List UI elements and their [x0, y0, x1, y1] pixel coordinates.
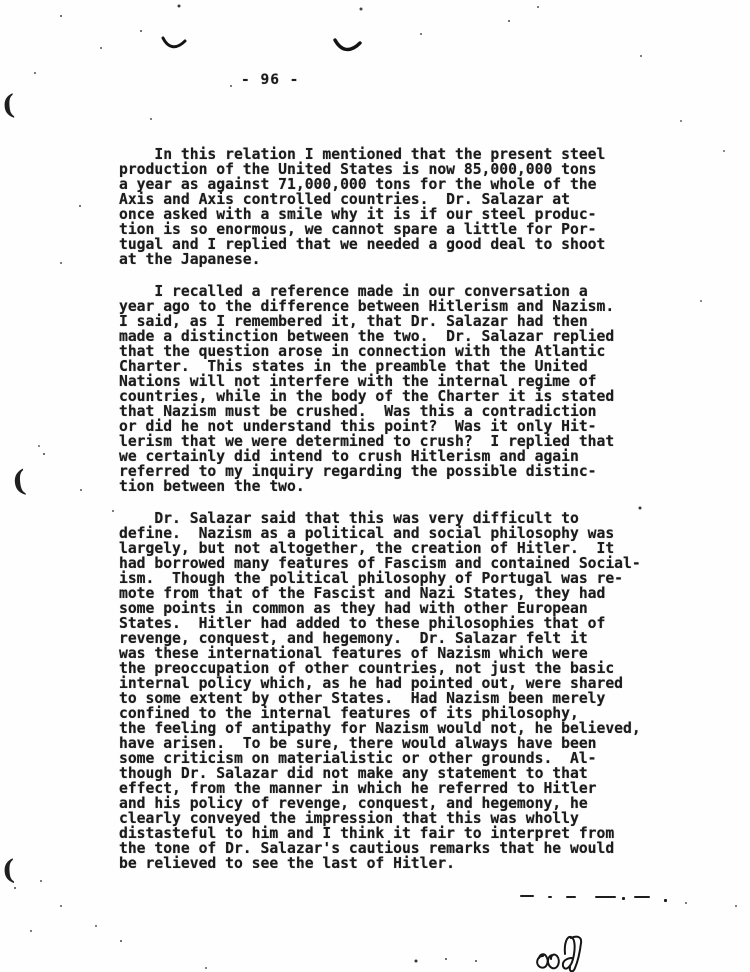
pen-dot-mark [622, 897, 625, 900]
page-number: - 96 - [241, 72, 299, 88]
check-mark-icon [333, 38, 362, 59]
pen-dash-mark [595, 896, 616, 898]
pen-dash-mark [634, 896, 650, 898]
scanned-document-page: - 96 - ( ( ( In this relation I mentione… [0, 0, 750, 972]
scan-noise-speckles [0, 0, 2, 2]
margin-paren-mark: ( [10, 463, 27, 498]
typewritten-body: In this relation I mentioned that the pr… [119, 147, 679, 888]
pen-dot-mark [664, 899, 667, 902]
pen-dash-mark [566, 896, 576, 898]
paragraph-salazar-definition: Dr. Salazar said that this was very diff… [119, 511, 679, 871]
pen-dash-mark [520, 895, 534, 897]
paragraph-hitlerism-vs-nazism: I recalled a reference made in our conve… [119, 284, 679, 494]
pen-dash-mark [548, 896, 552, 898]
handwritten-initials [534, 931, 592, 972]
margin-paren-mark: ( [1, 90, 16, 122]
check-mark-icon [161, 36, 187, 56]
paragraph-steel-production: In this relation I mentioned that the pr… [119, 147, 679, 267]
margin-paren-mark: ( [1, 855, 15, 887]
